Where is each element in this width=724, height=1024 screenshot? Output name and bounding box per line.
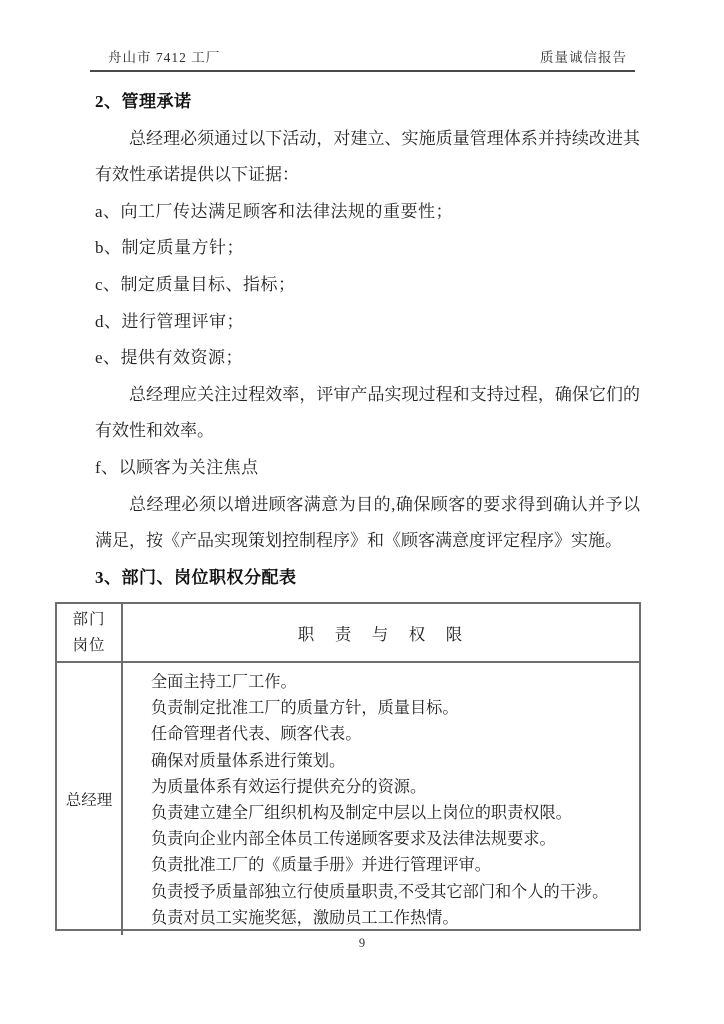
section-2-heading: 2、管理承诺 [95,84,640,121]
duty-line: 负责授予质量部独立行使质量职责,不受其它部门和个人的干涉。 [151,879,631,905]
duty-line: 任命管理者代表、顾客代表。 [151,721,631,747]
table-header-department-position: 部门 岗位 [57,604,123,663]
position-label: 总经理 [66,788,113,810]
page-header: 舟山市 7412 工厂 质量诚信报告 [90,46,635,72]
list-item-f: f、以顾客为关注焦点 [95,450,640,487]
duty-line: 负责对员工实施奖惩，激励员工工作热情。 [151,905,631,931]
list-item-d: d、进行管理评审； [95,304,640,341]
para-customer-focus: 总经理必须以增进顾客满意为目的,确保顾客的要求得到确认并予以满足，按《产品实现策… [95,487,640,560]
list-item-b: b、制定质量方针； [95,230,640,267]
page-number: 9 [0,936,724,951]
table-header-position: 岗位 [72,633,105,659]
duty-line: 负责制定批准工厂的质量方针，质量目标。 [151,695,631,721]
table-cell-position: 总经理 [57,663,123,935]
list-item-e: e、提供有效资源； [95,340,640,377]
table-header-department: 部门 [72,607,105,633]
section-2-intro: 总经理必须通过以下活动，对建立、实施质量管理体系并持续改进其有效性承诺提供以下证… [95,121,640,194]
table-header-duties: 职 责 与 权 限 [123,604,639,663]
list-item-c: c、制定质量目标、指标； [95,267,640,304]
document-page: 舟山市 7412 工厂 质量诚信报告 2、管理承诺 总经理必须通过以下活动，对建… [0,0,724,1024]
body-text: 2、管理承诺 总经理必须通过以下活动，对建立、实施质量管理体系并持续改进其有效性… [95,84,640,596]
header-rule [90,70,635,72]
duty-line: 负责批准工厂的《质量手册》并进行管理评审。 [151,852,631,878]
duty-line: 全面主持工厂工作。 [151,669,631,695]
para-process-efficiency: 总经理应关注过程效率，评审产品实现过程和支持过程，确保它们的有效性和效率。 [95,377,640,450]
table-cell-duties: 全面主持工厂工作。 负责制定批准工厂的质量方针，质量目标。 任命管理者代表、顾客… [123,663,639,935]
header-factory-name: 舟山市 7412 工厂 [108,46,220,66]
duty-line: 为质量体系有效运行提供充分的资源。 [151,774,631,800]
duty-line: 负责向企业内部全体员工传递顾客要求及法律法规要求。 [151,826,631,852]
list-item-a: a、向工厂传达满足顾客和法律法规的重要性； [95,194,640,231]
section-3-heading: 3、部门、岗位职权分配表 [95,560,640,597]
duty-line: 负责建立建全厂组织机构及制定中层以上岗位的职责权限。 [151,800,631,826]
duty-line: 确保对质量体系进行策划。 [151,748,631,774]
duty-allocation-table: 部门 岗位 职 责 与 权 限 总经理 全面主持工厂工作。 负责制定批准工厂的质… [55,602,641,931]
header-report-title: 质量诚信报告 [540,46,627,66]
